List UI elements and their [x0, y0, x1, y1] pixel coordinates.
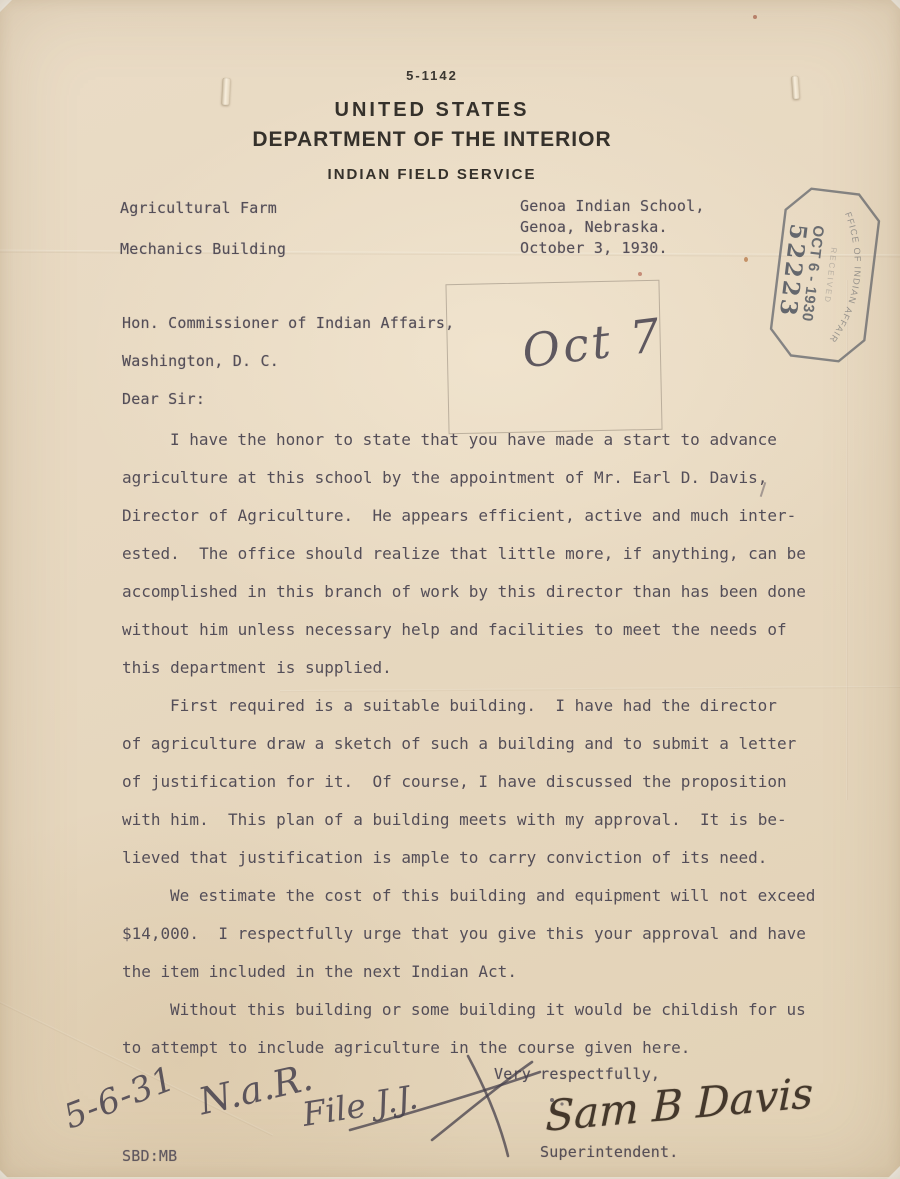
paper-speck	[753, 15, 757, 19]
paper-corner	[0, 0, 12, 12]
recipient-line2: Washington, D. C.	[122, 352, 279, 370]
body-line: agriculture at this school by the appoin…	[122, 459, 822, 497]
stamp-received-text: RECEIVED	[823, 247, 839, 305]
origin-location-line2: Mechanics Building	[120, 240, 286, 258]
paper-speck	[638, 272, 642, 276]
paper-corner	[891, 0, 900, 9]
pen-strike-marks	[340, 1048, 600, 1178]
body-line: without him unless necessary help and fa…	[122, 611, 822, 649]
form-number: 5-1142	[0, 68, 864, 83]
reference-initials: SBD:MB	[122, 1147, 177, 1165]
origin-school-line2: Genoa, Nebraska.	[520, 218, 668, 236]
body-line: I have the honor to state that you have …	[122, 421, 822, 459]
body-line: Without this building or some building i…	[122, 991, 822, 1029]
body-line: lieved that justification is ample to ca…	[122, 839, 822, 877]
origin-location-line1: Agricultural Farm	[120, 199, 277, 217]
body-line: the item included in the next Indian Act…	[122, 953, 822, 991]
origin-school-line1: Genoa Indian School,	[520, 197, 705, 215]
body-line: We estimate the cost of this building an…	[122, 877, 822, 915]
recipient-line1: Hon. Commissioner of Indian Affairs,	[122, 314, 454, 332]
body-line: First required is a suitable building. I…	[122, 687, 822, 725]
letterhead-department: DEPARTMENT OF THE INTERIOR	[0, 128, 864, 152]
body-line: of justification for it. Of course, I ha…	[122, 763, 822, 801]
letter-page: 5-1142 UNITED STATES DEPARTMENT OF THE I…	[0, 0, 900, 1179]
body-line: this department is supplied.	[122, 649, 822, 687]
body-line: Director of Agriculture. He appears effi…	[122, 497, 822, 535]
received-stamp: OFFICE OF INDIAN AFFAIRS RECEIVED OCT 6 …	[730, 175, 900, 375]
body-line: with him. This plan of a building meets …	[122, 801, 822, 839]
body-line: of agriculture draw a sketch of such a b…	[122, 725, 822, 763]
salutation: Dear Sir:	[122, 390, 205, 408]
letter-body: I have the honor to state that you have …	[122, 421, 822, 1067]
body-line: accomplished in this branch of work by t…	[122, 573, 822, 611]
body-line: $14,000. I respectfully urge that you gi…	[122, 915, 822, 953]
handwritten-filing-date: 5-6-31	[59, 1059, 181, 1138]
letter-date: October 3, 1930.	[520, 239, 668, 257]
body-line: ested. The office should realize that li…	[122, 535, 822, 573]
letterhead-united-states: UNITED STATES	[0, 99, 864, 122]
